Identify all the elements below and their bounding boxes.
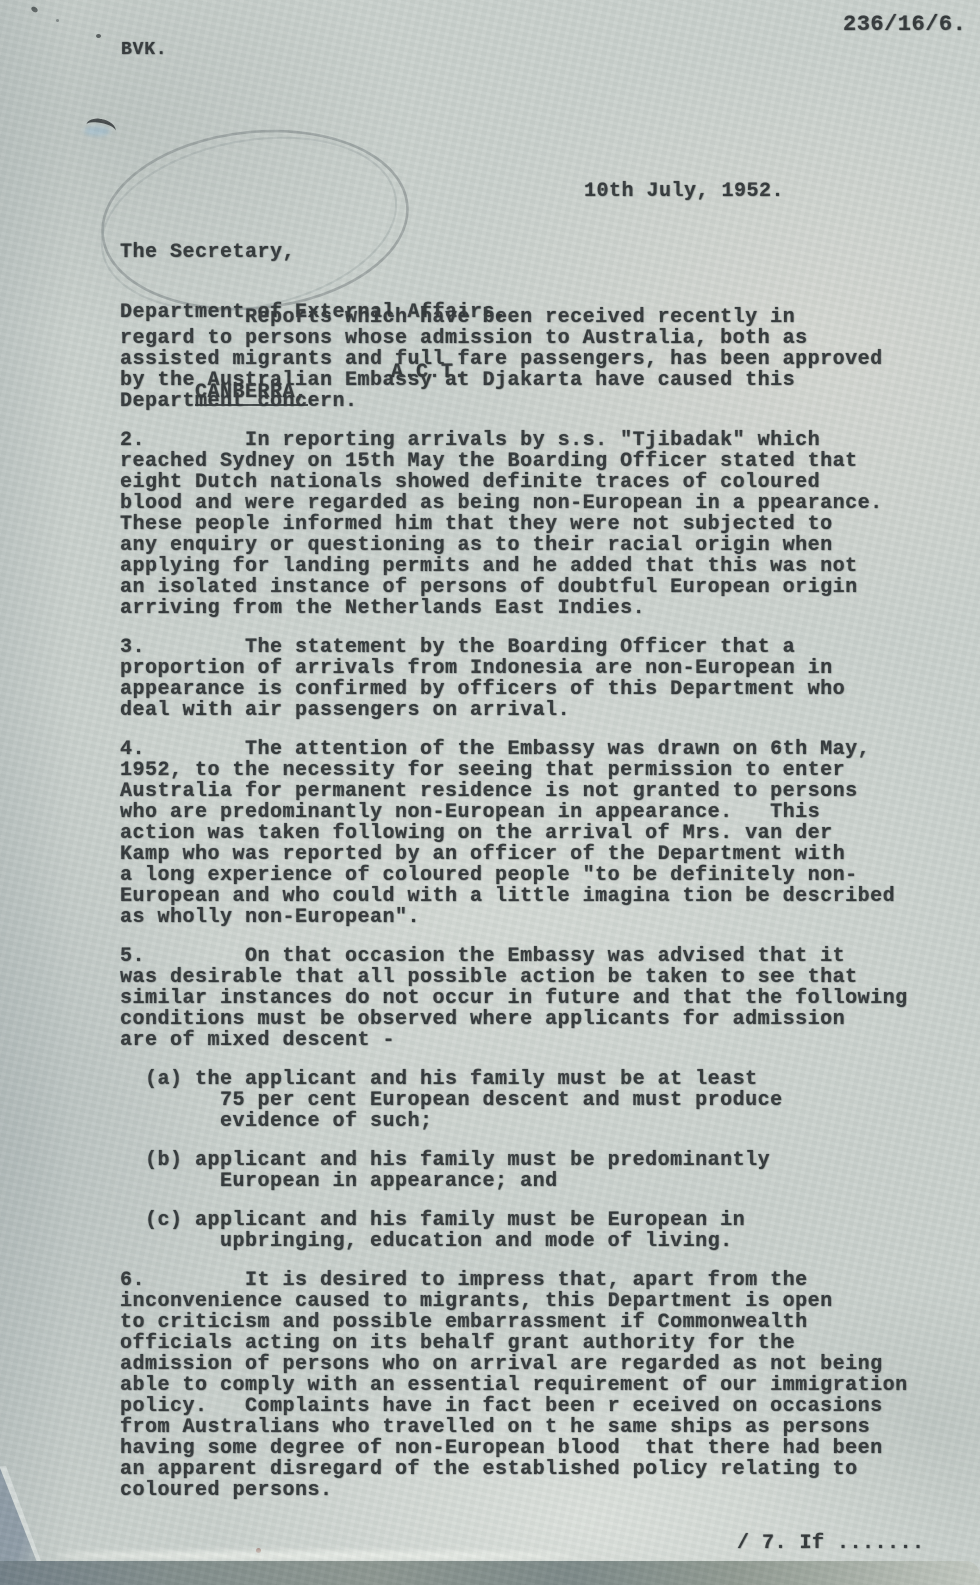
letter-body: Reports which have been received recentl… <box>120 307 908 1519</box>
document-page: 236/16/6. BVK. 10th July, 1952. The Secr… <box>0 0 980 1585</box>
continuation-footer: / 7. If ....... <box>737 1532 925 1555</box>
paper-speck <box>96 34 101 38</box>
paper-speck <box>30 5 39 13</box>
file-number: 236/16/6. <box>843 12 966 37</box>
paper-edge-highlight <box>55 1551 575 1560</box>
paragraph: 2. In reporting arrivals by s.s. "Tjibad… <box>120 430 908 619</box>
paragraph: (a) the applicant and his family must be… <box>120 1069 908 1132</box>
recipient-name: The Secretary, <box>120 243 508 263</box>
paragraph: 3. The statement by the Boarding Officer… <box>120 637 908 721</box>
paragraph: 4. The attention of the Embassy was draw… <box>120 739 908 928</box>
bottom-scan-edge <box>0 1561 980 1585</box>
paragraph: Reports which have been received recentl… <box>120 307 908 412</box>
paragraph: (c) applicant and his family must be Eur… <box>120 1210 908 1252</box>
paper-speck <box>56 19 59 22</box>
paragraph: 5. On that occasion the Embassy was advi… <box>120 946 908 1051</box>
paragraph: (b) applicant and his family must be pre… <box>120 1150 908 1192</box>
ink-smudge <box>84 126 110 136</box>
typist-initials: BVK. <box>121 40 167 60</box>
paragraph: 6. It is desired to impress that, apart … <box>120 1270 908 1501</box>
letter-date: 10th July, 1952. <box>584 180 784 203</box>
